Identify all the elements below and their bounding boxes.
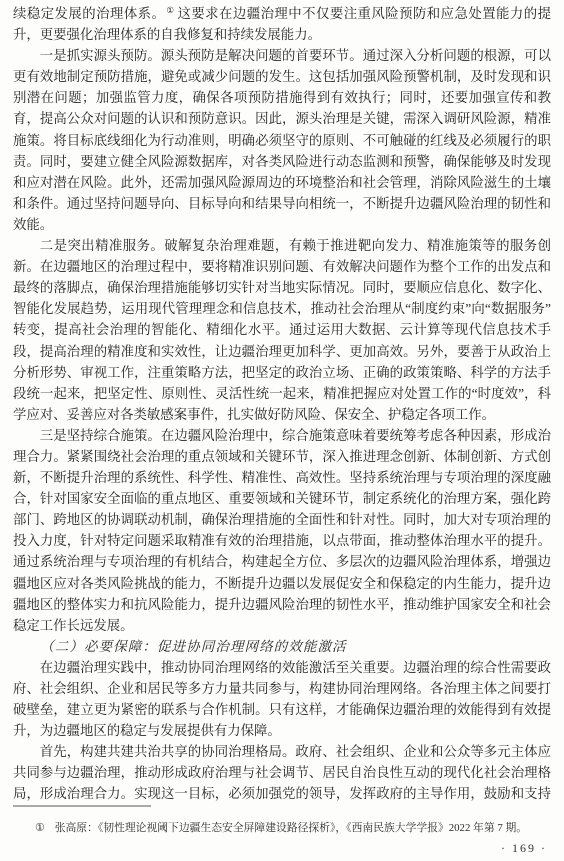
page-body: 续稳定发展的治理体系。①这要求在边疆治理中不仅要注重风险预防和应急处置能力的提升…	[13, 3, 551, 803]
paragraph-source-prevention: 一是抓实源头预防。源头预防是解决问题的首要环节。通过深入分析问题的根源，可以更有…	[13, 45, 551, 235]
paragraph-collaborative-network: 在边疆治理实践中，推动协同治理网络的效能激活至关重要。边疆治理的综合性需要政府、…	[13, 657, 551, 741]
page-footer: ①张高原：《韧性理论视阈下边疆生态安全屏障建设路径探析》，《西南民族大学学报》2…	[13, 805, 551, 856]
paragraph-continuation: 续稳定发展的治理体系。①这要求在边疆治理中不仅要注重风险预防和应急处置能力的提升…	[13, 3, 551, 45]
footnote-divider	[13, 805, 151, 807]
footnote-ref-marker: ①	[166, 5, 174, 15]
paragraph-precise-service: 二是突出精准服务。破解复杂治理难题，有赖于推进靶向发力、精准施策等的服务创新。在…	[13, 235, 551, 425]
continuation-text-pre: 续稳定发展的治理体系。	[13, 6, 165, 21]
footnote-marker: ①	[35, 822, 45, 834]
paragraph-comprehensive-policy: 三是坚持综合施策。在边疆风险治理中，综合施策意味着要统筹考虑各种因素，形成治理合…	[13, 425, 551, 636]
footnote-text: 张高原：《韧性理论视阈下边疆生态安全屏障建设路径探析》，《西南民族大学学报》20…	[55, 822, 527, 834]
paragraph-co-governance-pattern: 首先，构建共建共治共享的协同治理格局。政府、社会组织、企业和公众等多元主体应共同…	[13, 741, 551, 803]
document-page: 续稳定发展的治理体系。①这要求在边疆治理中不仅要注重风险预防和应急处置能力的提升…	[0, 0, 564, 861]
section-heading: （二）必要保障：促进协同治理网络的效能激活	[13, 636, 551, 657]
page-number: · 169 ·	[13, 841, 551, 856]
footnote: ①张高原：《韧性理论视阈下边疆生态安全屏障建设路径探析》，《西南民族大学学报》2…	[13, 820, 551, 836]
